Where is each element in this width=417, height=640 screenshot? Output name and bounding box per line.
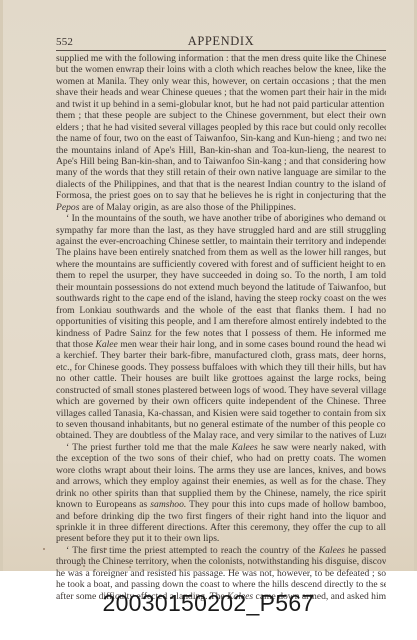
line-text: wore cloths wrapt about their loins. The…	[56, 465, 386, 476]
line-text: dialects of the Philippines, and that th…	[56, 179, 386, 190]
text-line: obtained. They are doubtless of the Mala…	[56, 430, 386, 441]
text-line: from Lonkiau southwards and the whole of…	[56, 305, 386, 316]
text-line: a kerchief. They barter their bark-fibre…	[56, 350, 386, 361]
line-text: They pour this into cups made of hollow …	[186, 499, 386, 510]
page-edge-left	[0, 0, 3, 571]
line-text: present before they put it to their own …	[56, 533, 219, 544]
text-line: their mountain possessions do not extend…	[56, 282, 386, 293]
text-line: ‘ The first time the priest attempted to…	[56, 545, 386, 556]
line-text: villages called Tanasia, Ka-chassan, and…	[56, 408, 386, 419]
text-line: he was a foreigner and resisted his pass…	[56, 568, 386, 579]
line-text: The plains have been entirely snatched f…	[56, 247, 386, 258]
body-text: supplied me with the following informati…	[56, 53, 386, 602]
text-line: dialects of the Philippines, and that th…	[56, 179, 386, 190]
text-line: ‘ The priest further told me that the ma…	[56, 442, 386, 453]
paper-speck	[105, 548, 107, 550]
text-line: The plains have been entirely snatched f…	[56, 247, 386, 258]
running-head: APPENDIX	[56, 34, 386, 49]
line-text: women at Manila. They only wear this, ho…	[56, 76, 386, 87]
text-line: sprinkle it in three different direction…	[56, 522, 386, 533]
text-line: etc., for Chinese goods. They possess bu…	[56, 362, 386, 373]
line-text: many of the words that they still retain…	[56, 167, 386, 178]
line-text: the name of four, two on the east of Tai…	[56, 133, 386, 144]
text-line: them to repel the usurper, they have suc…	[56, 270, 386, 281]
text-line: the mountains inland of Ape's Hill, Ban-…	[56, 145, 386, 156]
text-line: them ; that these people are subject to …	[56, 110, 386, 121]
text-line: drink no other spirits than that supplie…	[56, 488, 386, 499]
text-line: which are governed by their own officers…	[56, 396, 386, 407]
text-line: against the ever-encroaching Chinese set…	[56, 236, 386, 247]
text-line: Ape's Hill being Ban-kin-shan, and to Ta…	[56, 156, 386, 167]
italic-term: Pepos	[56, 202, 79, 213]
line-text: sprinkle it in three different direction…	[56, 522, 386, 533]
line-text: Formosa, the priest goes on to say that …	[56, 190, 386, 201]
paper-speck	[333, 560, 335, 562]
line-text: the exception of the two sons of their c…	[56, 453, 386, 464]
text-line: women at Manila. They only wear this, ho…	[56, 76, 386, 87]
text-line: and twist it up behind in a semi-globula…	[56, 99, 386, 110]
paper-speck	[83, 565, 85, 567]
text-line: known to Europeans as samshoo. They pour…	[56, 499, 386, 510]
line-text: he took a boat, and passing down the coa…	[56, 579, 386, 590]
line-text: elders ; that he had visited several vil…	[56, 122, 386, 133]
text-line: and before drinking dip the two first fi…	[56, 511, 386, 522]
line-text: sympathy far more than the last, as they…	[56, 225, 386, 236]
line-lead: known to Europeans as	[56, 499, 150, 510]
paper-speck	[43, 548, 45, 550]
text-line: the name of four, two on the east of Tai…	[56, 133, 386, 144]
text-line: but the women enwrap their loins with a …	[56, 64, 386, 75]
line-text: supplied me with the following informati…	[56, 53, 386, 64]
line-text: a kerchief. They barter their bark-fibre…	[56, 350, 386, 361]
line-lead: ‘ The priest further told me that the ma…	[66, 442, 232, 453]
line-text: but the women enwrap their loins with a …	[56, 64, 386, 75]
text-line: no other cattle. Their houses are built …	[56, 373, 386, 384]
line-text: where the mountains are sufficiently cov…	[56, 259, 386, 270]
text-line: that those Kalee men wear their hair lon…	[56, 339, 386, 350]
text-line: present before they put it to their own …	[56, 533, 386, 544]
italic-term: Kalee	[95, 339, 117, 350]
line-text: ‘ In the mountains of the south, we have…	[66, 213, 386, 224]
italic-term: Kalees	[232, 442, 258, 453]
line-text: etc., for Chinese goods. They possess bu…	[56, 362, 386, 373]
line-text: them ; that these people are subject to …	[56, 110, 386, 121]
line-text: and arrows, which they employ against th…	[56, 476, 386, 487]
text-line: elders ; that he had visited several vil…	[56, 122, 386, 133]
text-line: Pepos are of Malay origin, as are also t…	[56, 202, 386, 213]
text-line: ‘ In the mountains of the south, we have…	[56, 213, 386, 224]
text-line: and arrows, which they employ against th…	[56, 476, 386, 487]
line-text: opportunities of visiting this people, a…	[56, 316, 386, 327]
text-line: villages called Tanasia, Ka-chassan, and…	[56, 408, 386, 419]
text-line: shave their heads and wear Chinese queue…	[56, 87, 386, 98]
line-text: through the Chinese territory, when the …	[56, 556, 386, 567]
text-line: Formosa, the priest goes on to say that …	[56, 190, 386, 201]
line-text: southwards right to the cape end of the …	[56, 293, 386, 304]
italic-term: Kalees	[319, 545, 345, 556]
text-line: where the mountains are sufficiently cov…	[56, 259, 386, 270]
line-text: and before drinking dip the two first fi…	[56, 511, 386, 522]
line-text: constructed of small stones plastered be…	[56, 385, 386, 396]
scanned-page: 552 APPENDIX supplied me with the follow…	[0, 0, 417, 571]
line-text: he was a foreigner and resisted his pass…	[56, 568, 386, 579]
line-text: kindness of Padre Sainz for the few note…	[56, 328, 386, 339]
line-text: he passed	[345, 545, 386, 556]
line-text: obtained. They are doubtless of the Mala…	[56, 430, 386, 441]
text-line: opportunities of visiting this people, a…	[56, 316, 386, 327]
line-text: from Lonkiau southwards and the whole of…	[56, 305, 386, 316]
line-text: he saw were nearly naked, with	[258, 442, 386, 453]
line-text: shave their heads and wear Chinese queue…	[56, 87, 386, 98]
line-text: no other cattle. Their houses are built …	[56, 373, 386, 384]
text-line: supplied me with the following informati…	[56, 53, 386, 64]
text-line: southwards right to the cape end of the …	[56, 293, 386, 304]
text-line: to seven thousand inhabitants, but no ge…	[56, 419, 386, 430]
text-line: through the Chinese territory, when the …	[56, 556, 386, 567]
line-text: Ape's Hill being Ban-kin-shan, and to Ta…	[56, 156, 386, 167]
line-text: and twist it up behind in a semi-globula…	[56, 99, 386, 110]
text-line: many of the words that they still retain…	[56, 167, 386, 178]
line-text: men wear their hair long, and in some ca…	[118, 339, 386, 350]
line-text: against the ever-encroaching Chinese set…	[56, 236, 386, 247]
line-text: are of Malay origin, as are also those o…	[79, 202, 296, 213]
image-id-caption: 20030150202_P567	[0, 590, 417, 617]
line-lead: ‘ The first time the priest attempted to…	[66, 545, 319, 556]
text-line: kindness of Padre Sainz for the few note…	[56, 328, 386, 339]
text-line: sympathy far more than the last, as they…	[56, 225, 386, 236]
header-rule	[56, 50, 386, 51]
paper-speck	[129, 566, 131, 568]
line-text: the mountains inland of Ape's Hill, Ban-…	[56, 145, 386, 156]
italic-term: samshoo.	[150, 499, 186, 510]
line-text: their mountain possessions do not extend…	[56, 282, 386, 293]
line-text: which are governed by their own officers…	[56, 396, 386, 407]
page-header: 552 APPENDIX	[56, 34, 386, 50]
line-text: to seven thousand inhabitants, but no ge…	[56, 419, 386, 430]
line-lead: that those	[56, 339, 95, 350]
line-text: them to repel the usurper, they have suc…	[56, 270, 386, 281]
text-line: he took a boat, and passing down the coa…	[56, 579, 386, 590]
text-line: constructed of small stones plastered be…	[56, 385, 386, 396]
text-line: the exception of the two sons of their c…	[56, 453, 386, 464]
line-text: drink no other spirits than that supplie…	[56, 488, 386, 499]
text-line: wore cloths wrapt about their loins. The…	[56, 465, 386, 476]
